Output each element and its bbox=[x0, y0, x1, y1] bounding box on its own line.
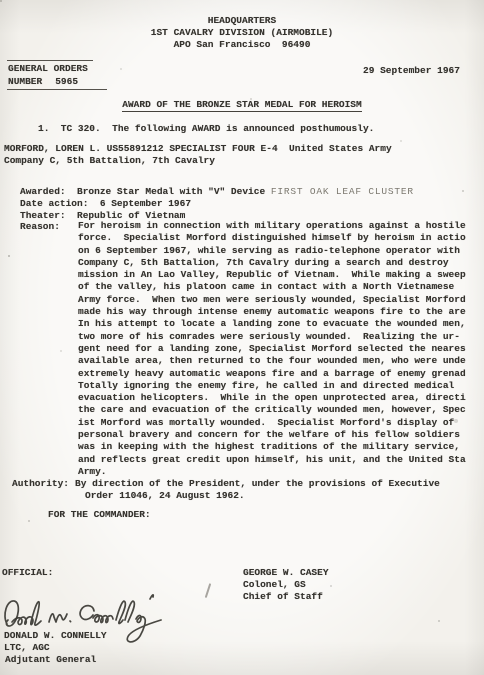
chief-title: Chief of Staff bbox=[243, 591, 323, 603]
scan-speckles bbox=[0, 0, 2, 2]
chief-name: GEORGE W. CASEY bbox=[243, 567, 329, 579]
authority-line-1: By direction of the President, under the… bbox=[75, 478, 440, 490]
signer-rank: LTC, AGC bbox=[4, 642, 50, 654]
orders-underline bbox=[7, 89, 107, 90]
orders-number-label: NUMBER bbox=[8, 76, 42, 87]
orders-label: GENERAL ORDERS bbox=[8, 63, 88, 75]
letterhead-line-1: HEADQUARTERS bbox=[0, 15, 484, 27]
signer-title: Adjutant General bbox=[5, 654, 96, 666]
reason-label: Reason: bbox=[20, 221, 60, 233]
awarded-line: Awarded: Bronze Star Medal with "V" Devi… bbox=[20, 186, 414, 198]
document-title: AWARD OF THE BRONZE STAR MEDAL FOR HEROI… bbox=[122, 99, 361, 112]
awarded-text: Awarded: Bronze Star Medal with "V" Devi… bbox=[20, 186, 271, 197]
official-label: OFFICIAL: bbox=[2, 567, 53, 579]
oak-leaf-cluster-stamp: FIRST OAK LEAF CLUSTER bbox=[271, 186, 414, 197]
orders-number-row: NUMBER5965 bbox=[8, 76, 78, 88]
for-the-commander: FOR THE COMMANDER: bbox=[48, 509, 151, 521]
signer-name: DONALD W. CONNELLY bbox=[4, 630, 107, 642]
authority-line-2: Order 11046, 24 August 1962. bbox=[85, 490, 245, 502]
document-page: HEADQUARTERS 1ST CAVALRY DIVISION (AIRMO… bbox=[0, 0, 484, 675]
recipient-block: MORFORD, LOREN L. US55891212 SPECIALIST … bbox=[4, 143, 392, 168]
order-date: 29 September 1967 bbox=[363, 65, 460, 77]
letterhead-line-3: APO San Francisco 96490 bbox=[0, 39, 484, 51]
reason-paragraph: For heroism in connection with military … bbox=[78, 220, 466, 478]
intro-paragraph: 1. TC 320. The following AWARD is announ… bbox=[38, 123, 374, 135]
chief-rank: Colonel, GS bbox=[243, 579, 306, 591]
letterhead-line-2: 1ST CAVALRY DIVISION (AIRMOBILE) bbox=[0, 27, 484, 39]
date-action-line: Date action: 6 September 1967 bbox=[20, 198, 191, 210]
scan-stray-mark bbox=[205, 583, 211, 598]
orders-number: 5965 bbox=[55, 76, 78, 87]
orders-overline bbox=[7, 60, 93, 61]
authority-label: Authority: bbox=[12, 478, 69, 490]
document-title-row: AWARD OF THE BRONZE STAR MEDAL FOR HEROI… bbox=[0, 99, 484, 111]
